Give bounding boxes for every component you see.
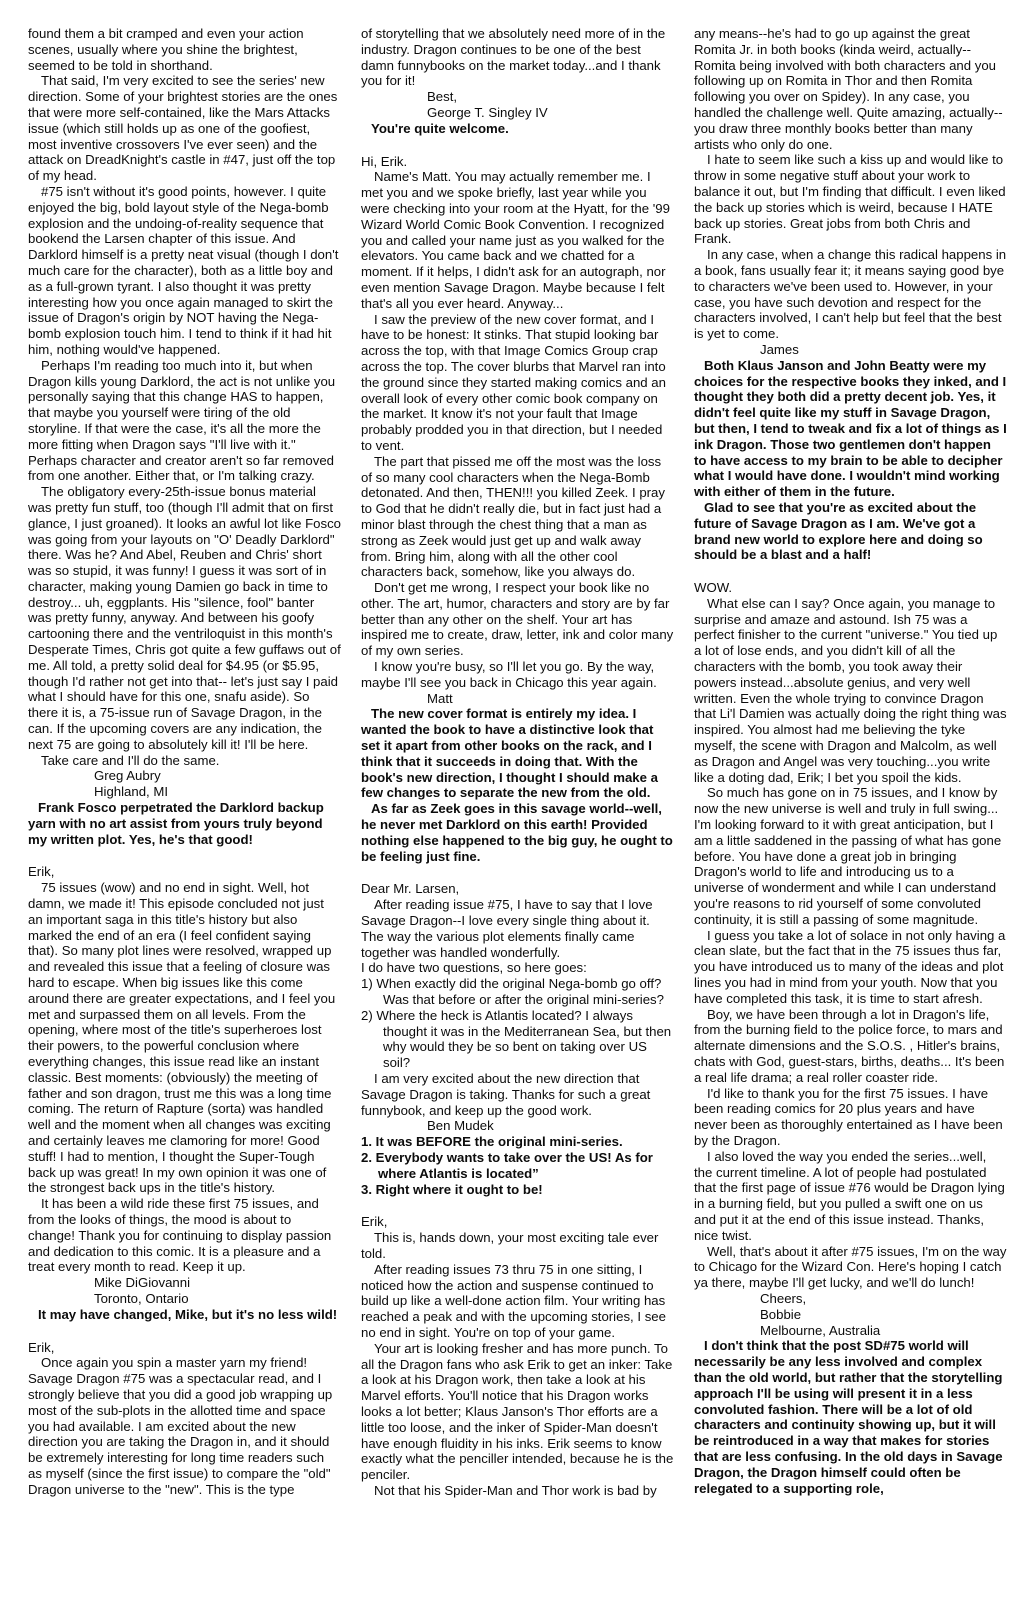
editor-reply: You're quite welcome. bbox=[361, 121, 674, 137]
letter-salutation: Erik, bbox=[361, 1214, 674, 1230]
letter-paragraph: The obligatory every-25th-issue bonus ma… bbox=[28, 484, 341, 753]
signature-line: Toronto, Ontario bbox=[28, 1291, 341, 1307]
letter-salutation: WOW. bbox=[694, 580, 1007, 596]
letter-salutation: Hi, Erik. bbox=[361, 154, 674, 170]
letter-paragraph: The part that pissed me off the most was… bbox=[361, 454, 674, 580]
letter-paragraph: It has been a wild ride these first 75 i… bbox=[28, 1196, 341, 1275]
letter-paragraph: I saw the preview of the new cover forma… bbox=[361, 312, 674, 454]
editor-reply: The new cover format is entirely my idea… bbox=[361, 706, 674, 801]
letter-separator bbox=[28, 847, 341, 864]
reader-question-item: 2) Where the heck is Atlantis located? I… bbox=[361, 1008, 674, 1071]
letters-column-1: found them a bit cramped and even your a… bbox=[28, 26, 341, 1586]
letter-paragraph: Your art is looking fresher and has more… bbox=[361, 1341, 674, 1483]
letter-separator bbox=[361, 137, 674, 154]
signature-line: Cheers, bbox=[694, 1291, 1007, 1307]
letter-paragraph: I am very excited about the new directio… bbox=[361, 1071, 674, 1118]
letter-separator bbox=[694, 563, 1007, 580]
signature-line: Greg Aubry bbox=[28, 768, 341, 784]
letters-page: found them a bit cramped and even your a… bbox=[0, 0, 1024, 1602]
letter-paragraph: Well, that's about it after #75 issues, … bbox=[694, 1244, 1007, 1291]
letter-paragraph: Not that his Spider-Man and Thor work is… bbox=[361, 1483, 674, 1499]
letter-paragraph: I also loved the way you ended the serie… bbox=[694, 1149, 1007, 1244]
letter-paragraph-continuation: of storytelling that we absolutely need … bbox=[361, 26, 674, 89]
letter-paragraph: Name's Matt. You may actually remember m… bbox=[361, 169, 674, 311]
letter-paragraph: Once again you spin a master yarn my fri… bbox=[28, 1355, 341, 1497]
letter-line: I do have two questions, so here goes: bbox=[361, 960, 674, 976]
signature-line: Melbourne, Australia bbox=[694, 1323, 1007, 1339]
letter-paragraph: So much has gone on in 75 issues, and I … bbox=[694, 785, 1007, 927]
letter-paragraph: Don't get me wrong, I respect your book … bbox=[361, 580, 674, 659]
signature-line: George T. Singley IV bbox=[361, 105, 674, 121]
letter-paragraph: I hate to seem like such a kiss up and w… bbox=[694, 152, 1007, 247]
letter-paragraph: #75 isn't without it's good points, howe… bbox=[28, 184, 341, 358]
letter-paragraph: What else can I say? Once again, you man… bbox=[694, 596, 1007, 786]
editor-reply: Both Klaus Janson and John Beatty were m… bbox=[694, 358, 1007, 500]
editor-answer-item: 1. It was BEFORE the original mini-serie… bbox=[361, 1134, 674, 1150]
editor-reply: Glad to see that you're as excited about… bbox=[694, 500, 1007, 563]
editor-reply: I don't think that the post SD#75 world … bbox=[694, 1338, 1007, 1496]
letter-salutation: Erik, bbox=[28, 1340, 341, 1356]
letter-paragraph: After reading issues 73 thru 75 in one s… bbox=[361, 1262, 674, 1341]
letter-paragraph: 75 issues (wow) and no end in sight. Wel… bbox=[28, 880, 341, 1196]
editor-reply: Frank Fosco perpetrated the Darklord bac… bbox=[28, 800, 341, 847]
signature-line: Best, bbox=[361, 89, 674, 105]
letter-paragraph: I'd like to thank you for the first 75 i… bbox=[694, 1086, 1007, 1149]
letter-paragraph: After reading issue #75, I have to say t… bbox=[361, 897, 674, 960]
letter-paragraph: Boy, we have been through a lot in Drago… bbox=[694, 1007, 1007, 1086]
letter-separator bbox=[361, 1197, 674, 1214]
editor-reply: As far as Zeek goes in this savage world… bbox=[361, 801, 674, 864]
signature-line: Bobbie bbox=[694, 1307, 1007, 1323]
letter-salutation: Erik, bbox=[28, 864, 341, 880]
signature-line: James bbox=[694, 342, 1007, 358]
signature-line: Mike DiGiovanni bbox=[28, 1275, 341, 1291]
letter-paragraph: In any case, when a change this radical … bbox=[694, 247, 1007, 342]
reader-question-item: 1) When exactly did the original Nega-bo… bbox=[361, 976, 674, 1008]
signature-line: Matt bbox=[361, 691, 674, 707]
editor-reply: It may have changed, Mike, but it's no l… bbox=[28, 1307, 341, 1323]
letter-paragraph: I guess you take a lot of solace in not … bbox=[694, 928, 1007, 1007]
letter-paragraph: I know you're busy, so I'll let you go. … bbox=[361, 659, 674, 691]
letter-paragraph: Take care and I'll do the same. bbox=[28, 753, 341, 769]
letter-paragraph: That said, I'm very excited to see the s… bbox=[28, 73, 341, 184]
letter-paragraph-continuation: found them a bit cramped and even your a… bbox=[28, 26, 341, 73]
signature-line: Highland, MI bbox=[28, 784, 341, 800]
letters-column-3: any means--he's had to go up against the… bbox=[694, 26, 1007, 1586]
letter-paragraph: This is, hands down, your most exciting … bbox=[361, 1230, 674, 1262]
letter-paragraph: Perhaps I'm reading too much into it, bu… bbox=[28, 358, 341, 484]
letter-paragraph-continuation: any means--he's had to go up against the… bbox=[694, 26, 1007, 152]
letter-separator bbox=[28, 1323, 341, 1340]
letters-column-2: of storytelling that we absolutely need … bbox=[361, 26, 674, 1586]
editor-answer-item: 3. Right where it ought to be! bbox=[361, 1182, 674, 1198]
editor-answer-item: 2. Everybody wants to take over the US! … bbox=[361, 1150, 674, 1182]
letter-salutation: Dear Mr. Larsen, bbox=[361, 881, 674, 897]
letter-separator bbox=[361, 864, 674, 881]
signature-line: Ben Mudek bbox=[361, 1118, 674, 1134]
